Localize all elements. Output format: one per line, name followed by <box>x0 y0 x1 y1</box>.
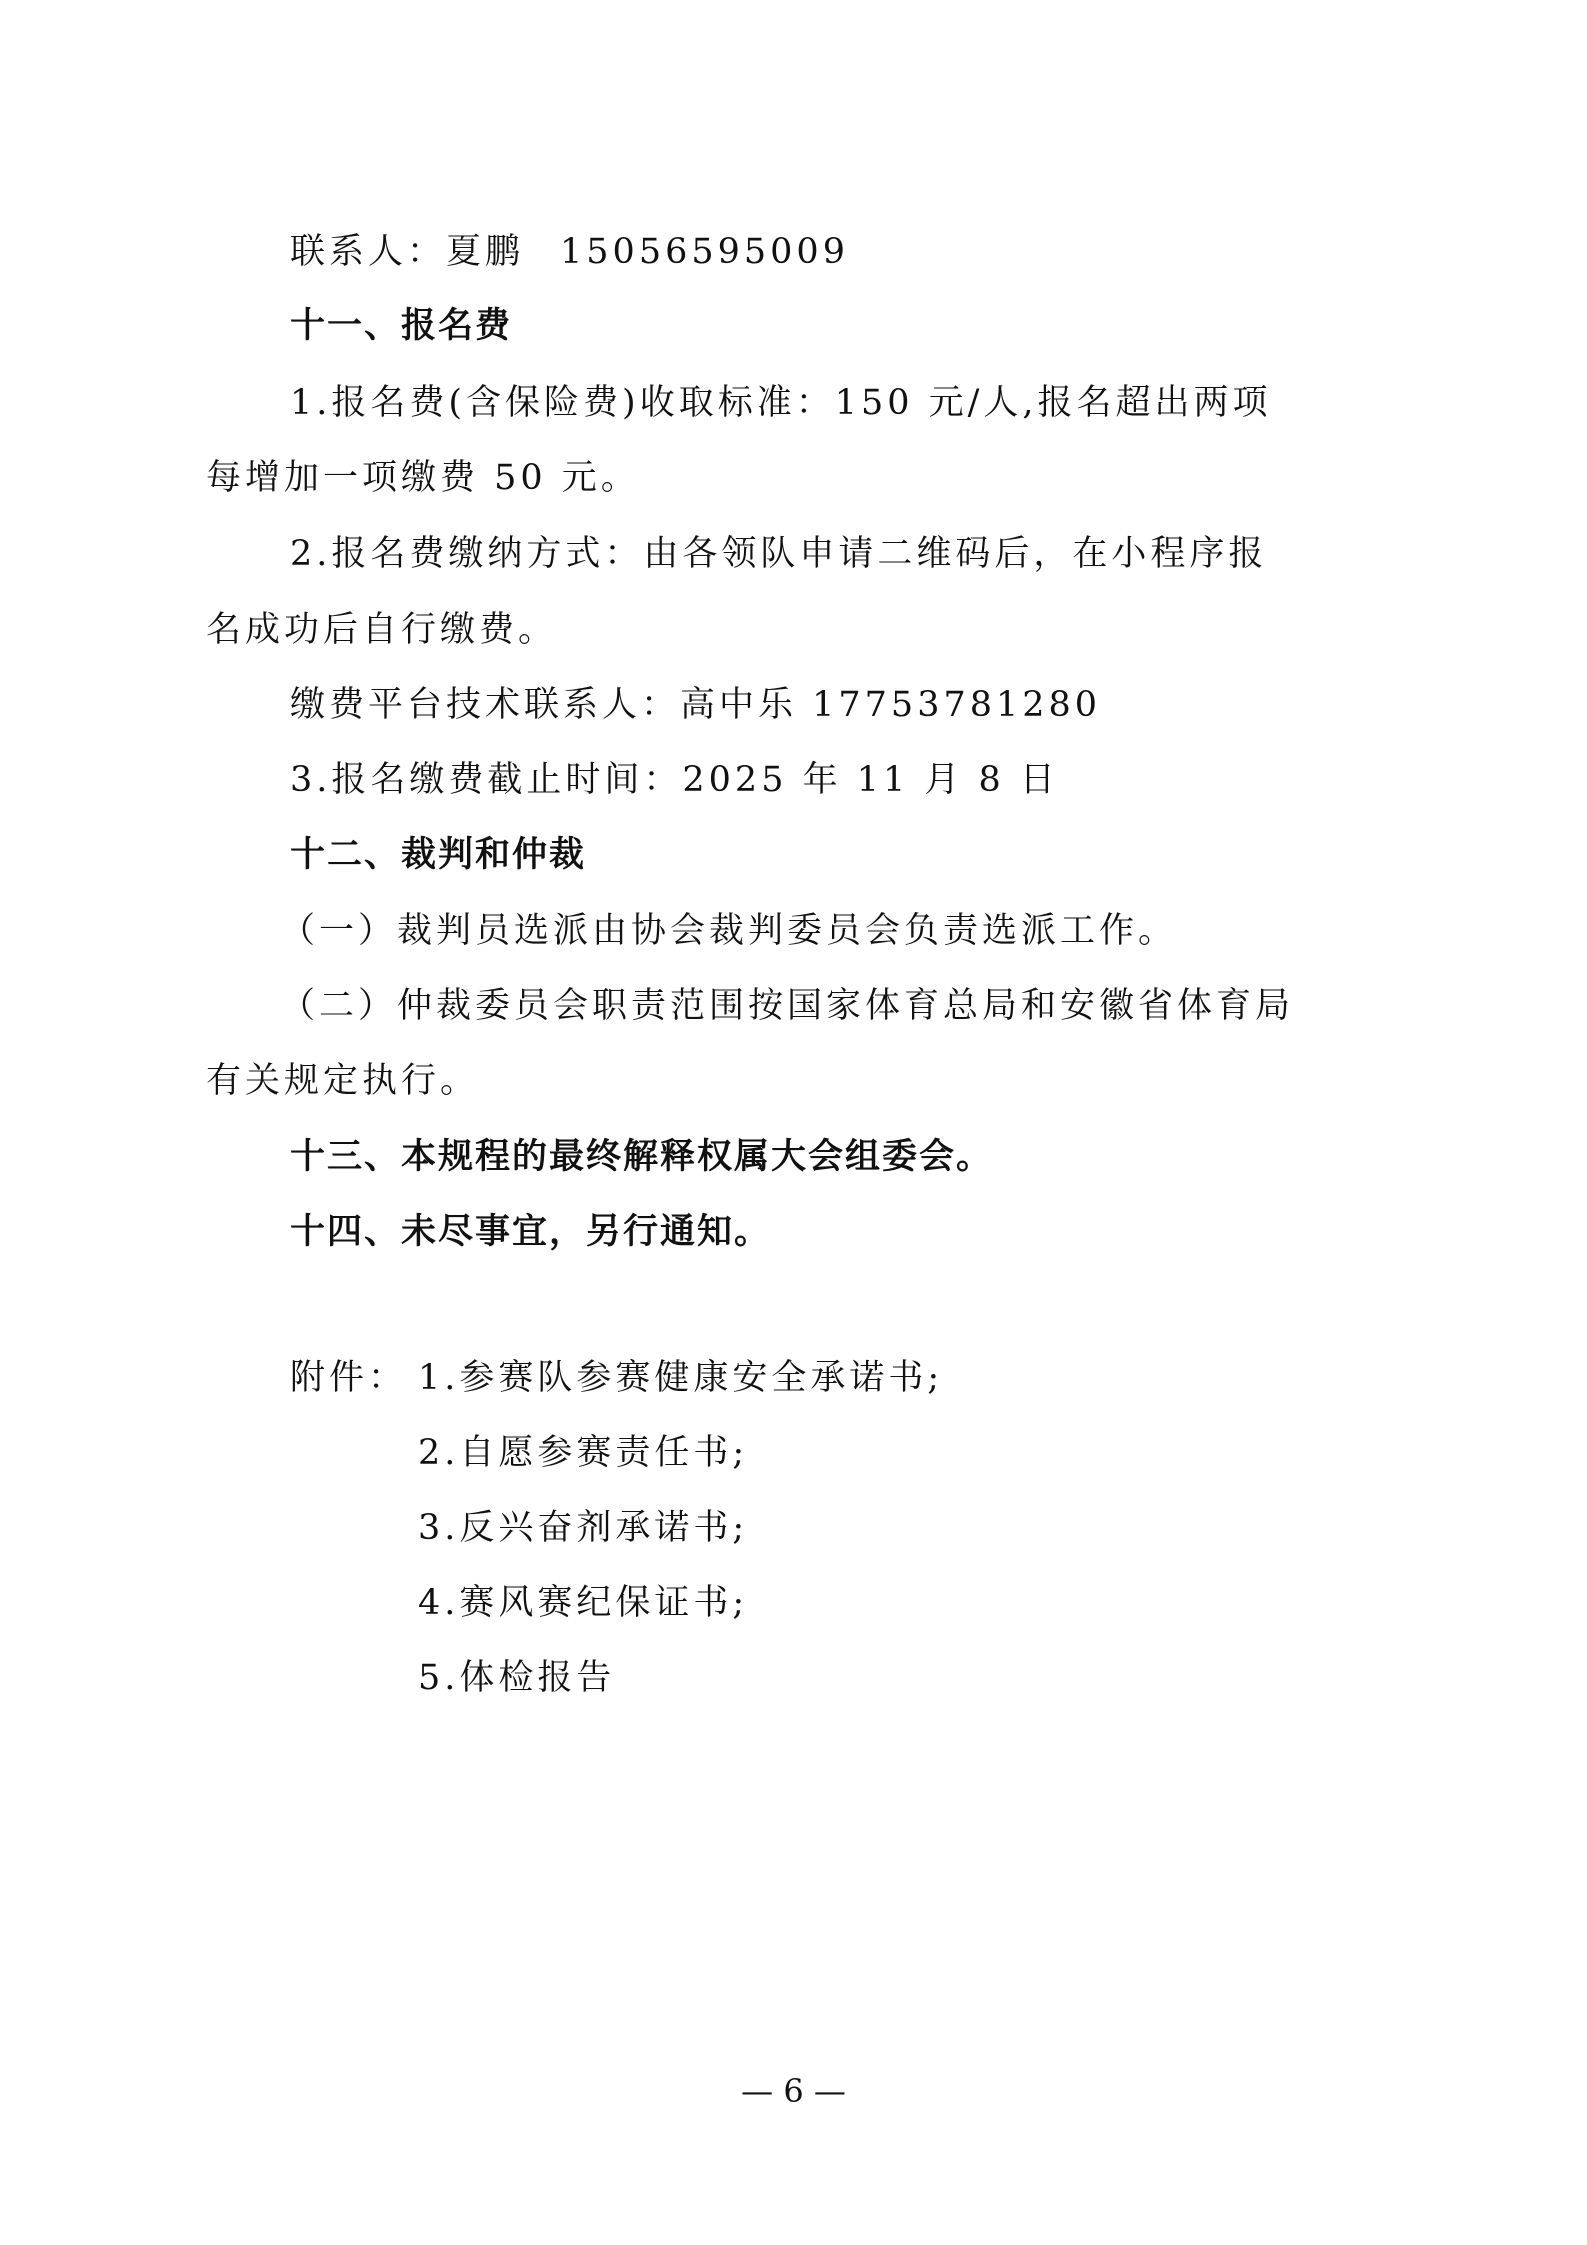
section-11-tech-contact: 缴费平台技术联系人：高中乐 17753781280 <box>290 685 1101 725</box>
contact-name: 联系人：夏鹏 <box>290 232 524 272</box>
attachments-label: 附件： <box>290 1358 407 1398</box>
attachment-item: 4.赛风赛纪保证书; <box>418 1583 748 1623</box>
page-number: — 6 — <box>0 2072 1587 2110</box>
section-11-heading: 十一、报名费 <box>290 306 512 346</box>
section-11-item1-line1: 1.报名费(含保险费)收取标准：150 元/人,报名超出两项 <box>290 383 1272 423</box>
attachment-item: 5.体检报告 <box>418 1658 615 1698</box>
section-12-heading: 十二、裁判和仲裁 <box>290 835 586 875</box>
attachment-item: 2.自愿参赛责任书; <box>418 1433 748 1473</box>
section-11-item2-line2: 名成功后自行缴费。 <box>206 610 557 650</box>
attachment-item: 3.反兴奋剂承诺书; <box>418 1508 748 1548</box>
attachment-item: 1.参赛队参赛健康安全承诺书; <box>418 1358 943 1398</box>
section-14-heading: 十四、未尽事宜，另行通知。 <box>290 1212 771 1252</box>
section-12-item2-line1: （二）仲裁委员会职责范围按国家体育总局和安徽省体育局 <box>280 986 1294 1026</box>
section-12-item1: （一）裁判员选派由协会裁判委员会负责选派工作。 <box>280 911 1177 951</box>
section-13-heading: 十三、本规程的最终解释权属大会组委会。 <box>290 1137 993 1177</box>
section-11-item1-line2: 每增加一项缴费 50 元。 <box>206 458 640 498</box>
section-11-item2-line1: 2.报名费缴纳方式：由各领队申请二维码后，在小程序报 <box>290 534 1267 574</box>
section-11-item3: 3.报名缴费截止时间：2025 年 11 月 8 日 <box>290 760 1059 800</box>
section-12-item2-line2: 有关规定执行。 <box>206 1061 479 1101</box>
contact-line: 联系人：夏鹏15056595009 <box>290 232 849 272</box>
contact-phone: 15056595009 <box>560 232 849 272</box>
